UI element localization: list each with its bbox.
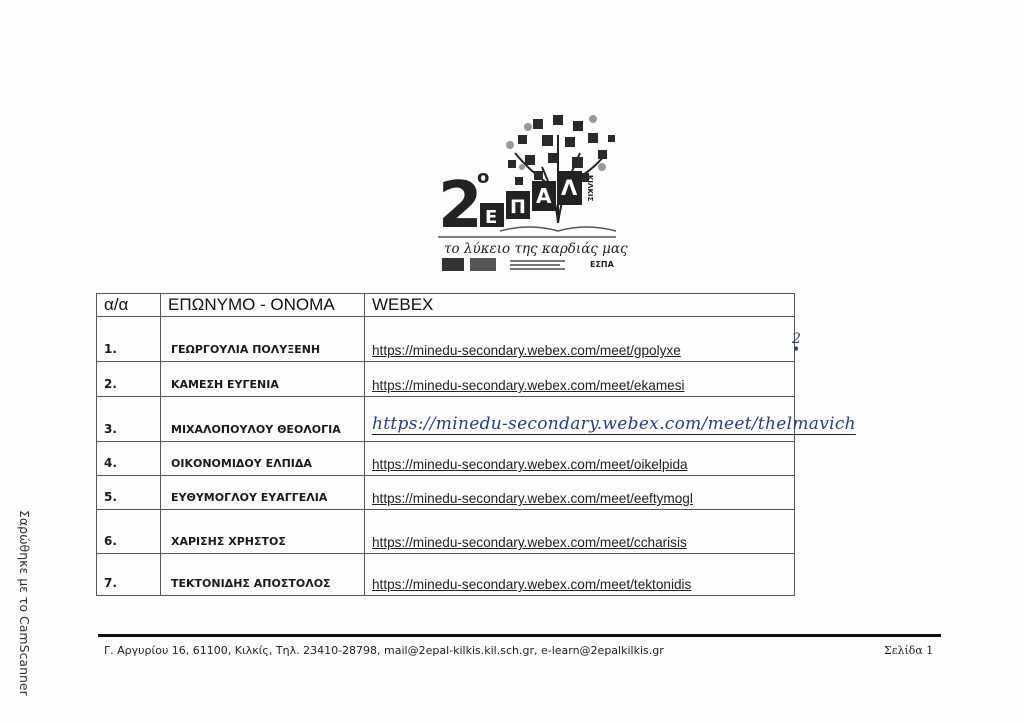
school-logo: 2 ο Ε Π Α Λ ΚΙΛΚΙΣ το λύκειο της καρδιάς…	[430, 105, 630, 280]
row-number: 3.	[97, 397, 161, 442]
webex-link[interactable]: https://minedu-secondary.webex.com/meet/…	[365, 442, 795, 476]
scanner-watermark: Σαρώθηκε με το CamScanner	[2, 510, 32, 710]
svg-text:2: 2	[438, 169, 483, 243]
svg-text:Α: Α	[536, 184, 552, 208]
teacher-name: ΕΥΘΥΜΟΓΛΟΥ ΕΥΑΓΓΕΛΙΑ	[161, 476, 365, 510]
handwritten-link[interactable]: https://minedu-secondary.webex.com/meet/…	[372, 414, 856, 434]
webex-link[interactable]: https://minedu-secondary.webex.com/meet/…	[365, 510, 795, 554]
webex-link-handwritten[interactable]: https://minedu-secondary.webex.com/meet/…	[365, 397, 795, 442]
teacher-name: ΜΙΧΑΛΟΠΟΥΛΟΥ ΘΕΟΛΟΓΙΑ	[161, 397, 365, 442]
row-number: 2.	[97, 362, 161, 397]
table-row: 2. ΚΑΜΕΣΗ ΕΥΓΕΝΙΑ https://minedu-seconda…	[97, 362, 795, 397]
header-index: α/α	[97, 294, 161, 317]
webex-link[interactable]: https://minedu-secondary.webex.com/meet/…	[365, 362, 795, 397]
teacher-name: ΧΑΡΙΣΗΣ ΧΡΗΣΤΟΣ	[161, 510, 365, 554]
table-row: 7. ΤΕΚΤΟΝΙΔΗΣ ΑΠΟΣΤΟΛΟΣ https://minedu-s…	[97, 554, 795, 596]
page-number: Σελίδα 1	[884, 644, 933, 657]
footer-divider	[98, 634, 941, 637]
table-header-row: α/α ΕΠΩΝΥΜΟ - ΟΝΟΜΑ WEBEX	[97, 294, 795, 317]
header-webex: WEBEX	[365, 294, 795, 317]
webex-link[interactable]: https://minedu-secondary.webex.com/meet/…	[365, 317, 795, 362]
row-number: 4.	[97, 442, 161, 476]
svg-text:Π: Π	[510, 196, 526, 218]
svg-text:ΚΙΛΚΙΣ: ΚΙΛΚΙΣ	[586, 175, 594, 201]
footer-contact: Γ. Αργυρίου 16, 61100, Κιλκίς, Τηλ. 2341…	[104, 644, 664, 657]
row-number: 6.	[97, 510, 161, 554]
teacher-name: ΤΕΚΤΟΝΙΔΗΣ ΑΠΟΣΤΟΛΟΣ	[161, 554, 365, 596]
table-row: 6. ΧΑΡΙΣΗΣ ΧΡΗΣΤΟΣ https://minedu-second…	[97, 510, 795, 554]
teacher-name: ΓΕΩΡΓΟΥΛΙΑ ΠΟΛΥΞΕΝΗ	[161, 317, 365, 362]
teacher-name: ΚΑΜΕΣΗ ΕΥΓΕΝΙΑ	[161, 362, 365, 397]
table-row: 4. ΟΙΚΟΝΟΜΙΔΟΥ ΕΛΠΙΔΑ https://minedu-sec…	[97, 442, 795, 476]
table-row: 1. ΓΕΩΡΓΟΥΛΙΑ ΠΟΛΥΞΕΝΗ https://minedu-se…	[97, 317, 795, 362]
webex-link[interactable]: https://minedu-secondary.webex.com/meet/…	[365, 554, 795, 596]
table-row: 3. ΜΙΧΑΛΟΠΟΥΛΟΥ ΘΕΟΛΟΓΙΑ https://minedu-…	[97, 397, 795, 442]
svg-text:το λύκειο της καρδιάς μας: το λύκειο της καρδιάς μας	[444, 241, 628, 257]
svg-text:ο: ο	[477, 167, 489, 188]
teacher-name: ΟΙΚΟΝΟΜΙΔΟΥ ΕΛΠΙΔΑ	[161, 442, 365, 476]
svg-text:Ε: Ε	[485, 207, 497, 228]
handwritten-note: 2 •	[792, 334, 801, 356]
svg-text:Λ: Λ	[561, 176, 578, 200]
row-number: 1.	[97, 317, 161, 362]
table-row: 5. ΕΥΘΥΜΟΓΛΟΥ ΕΥΑΓΓΕΛΙΑ https://minedu-s…	[97, 476, 795, 510]
row-number: 7.	[97, 554, 161, 596]
svg-text:ΕΣΠΑ: ΕΣΠΑ	[590, 260, 615, 269]
webex-link[interactable]: https://minedu-secondary.webex.com/meet/…	[365, 476, 795, 510]
webex-roster-table: α/α ΕΠΩΝΥΜΟ - ΟΝΟΜΑ WEBEX 1. ΓΕΩΡΓΟΥΛΙΑ …	[96, 293, 795, 596]
header-name: ΕΠΩΝΥΜΟ - ΟΝΟΜΑ	[161, 294, 365, 317]
row-number: 5.	[97, 476, 161, 510]
